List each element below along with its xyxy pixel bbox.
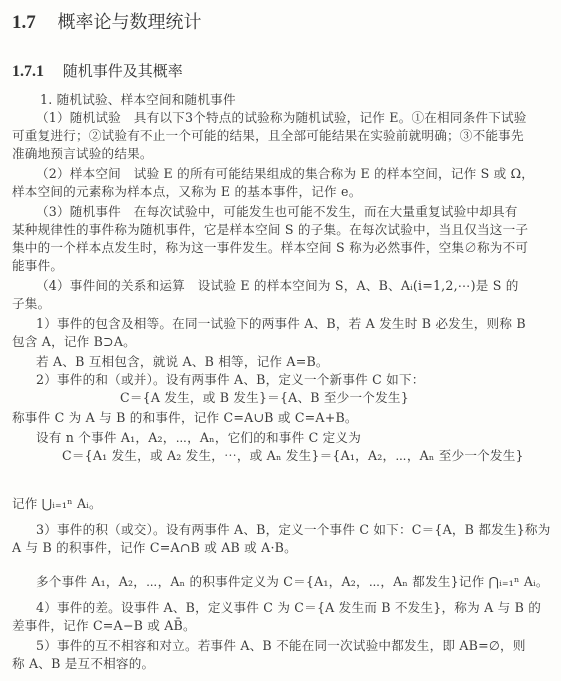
text-line: 2）事件的和（或并）。设有两事件 A、B，定义一个新事件 C 如下：	[36, 372, 553, 388]
text-line: 集中的一个样本点发生时，称为这一事件发生。样本空间 S 称为必然事件，空集∅称为…	[12, 240, 553, 256]
text-line: 多个事件 A₁，A₂，⋯，Aₙ 的积事件定义为 C＝{A₁，A₂，⋯，Aₙ 都发…	[36, 574, 553, 590]
text-line: 可重复进行；②试验有不止一个可能的结果，且全部可能结果在实验前就明确；③不能事先	[12, 128, 553, 144]
subsection-heading: 1.7.1 随机事件及其概率	[12, 60, 183, 81]
text-line: 5）事件的互不相容和对立。若事件 A、B 不能在同一次试验中都发生，即 AB=∅…	[36, 638, 553, 654]
text-line: 记作 ⋃ᵢ₌₁ⁿ Aᵢ。	[12, 496, 553, 512]
subsection-number: 1.7.1	[12, 63, 44, 80]
section-title: 概率论与数理统计	[57, 12, 201, 33]
text-line: C＝{A 发生，或 B 发生}＝{A、B 至少一个发生}	[120, 390, 553, 406]
document-page: 1.7 概率论与数理统计 1.7.1 随机事件及其概率 1. 随机试验、样本空间…	[0, 0, 561, 681]
text-line: 能事件。	[12, 258, 553, 274]
section-heading: 1.7 概率论与数理统计	[12, 8, 201, 34]
text-line: （1）随机试验 具有以下3个特点的试验称为随机试验，记作 E。①在相同条件下试验	[36, 110, 553, 126]
text-line: 准确地预言试验的结果。	[12, 146, 553, 162]
text-line: 4）事件的差。设事件 A、B，定义事件 C 为 C＝{A 发生而 B 不发生}，…	[36, 600, 553, 616]
text-line: 1）事件的包含及相等。在同一试验下的两事件 A、B，若 A 发生时 B 必发生，…	[36, 316, 553, 332]
text-line: （3）随机事件 在每次试验中，可能发生也可能不发生，而在大量重复试验中却具有	[36, 204, 553, 220]
text-line: 称 A、B 是互不相容的。	[12, 656, 553, 672]
subsection-title: 随机事件及其概率	[63, 62, 183, 80]
text-line: 1. 随机试验、样本空间和随机事件	[40, 92, 553, 108]
text-line: （2）样本空间 试验 E 的所有可能结果组成的集合称为 E 的样本空间，记作 S…	[36, 166, 553, 182]
text-line: 称事件 C 为 A 与 B 的和事件，记作 C=A∪B 或 C=A+B。	[12, 410, 553, 426]
text-line: 包含 A，记作 B⊃A。	[12, 334, 553, 350]
text-line: （4）事件间的关系和运算 设试验 E 的样本空间为 S，A、B、Aᵢ(i=1,2…	[36, 278, 553, 294]
text-line: 3）事件的积（或交）。设有两事件 A、B，定义一个事件 C 如下：C＝{A，B …	[36, 522, 553, 538]
text-line: 差事件，记作 C=A−B 或 AB̄。	[12, 618, 553, 634]
text-line: 若 A、B 互相包含，就说 A、B 相等，记作 A=B。	[36, 354, 553, 370]
text-line: A 与 B 的积事件，记作 C=A∩B 或 AB 或 A·B。	[12, 540, 553, 556]
text-line: 子集。	[12, 296, 553, 312]
text-line: 某种规律性的事件称为随机事件，它是样本空间 S 的子集。在每次试验中，当且仅当这…	[12, 222, 553, 238]
text-line: C＝{A₁ 发生，或 A₂ 发生，⋯，或 Aₙ 发生}＝{A₁，A₂，⋯，Aₙ …	[62, 448, 553, 464]
text-line: 样本空间的元素称为样本点，又称为 E 的基本事件，记作 e。	[12, 184, 553, 200]
section-number: 1.7	[12, 12, 36, 33]
text-line: 设有 n 个事件 A₁，A₂，⋯，Aₙ，它们的和事件 C 定义为	[36, 430, 553, 446]
